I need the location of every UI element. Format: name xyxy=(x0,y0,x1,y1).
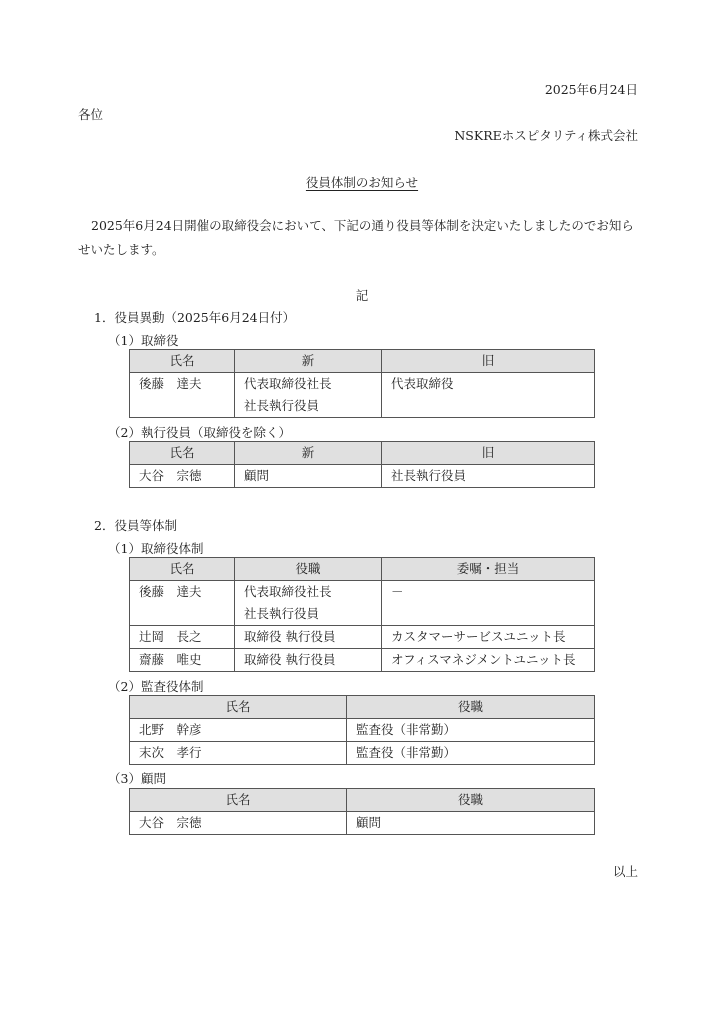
table-header-row: 氏名 役職 xyxy=(130,696,595,719)
table-row: 北野 幹彦 監査役（非常勤） xyxy=(130,719,595,742)
company-name: NSKREホスピタリティ株式会社 xyxy=(454,126,638,144)
cell-title: 監査役（非常勤） xyxy=(347,742,595,765)
cell-title-line: 社長執行役員 xyxy=(244,603,372,625)
section-2-heading: 2．役員等体制 xyxy=(94,516,177,534)
ki-marker: 記 xyxy=(0,286,724,304)
cell-title: 監査役（非常勤） xyxy=(347,719,595,742)
cell-duty: カスタマーサービスユニット長 xyxy=(382,626,595,649)
table-header-row: 氏名 役職 xyxy=(130,789,595,812)
section-1-2-heading: （2）執行役員（取締役を除く） xyxy=(108,423,291,441)
document-title: 役員体制のお知らせ xyxy=(0,173,724,191)
col-new: 新 xyxy=(235,442,382,465)
advisors-table: 氏名 役職 大谷 宗徳 顧問 xyxy=(129,788,595,835)
col-old: 旧 xyxy=(382,350,595,373)
col-name: 氏名 xyxy=(130,442,235,465)
table-row: 後藤 達夫 代表取締役社長 社長執行役員 － xyxy=(130,581,595,626)
cell-duty: オフィスマネジメントユニット長 xyxy=(382,649,595,672)
cell-title-line: 代表取締役社長 xyxy=(244,581,372,603)
col-title: 役職 xyxy=(347,696,595,719)
col-old: 旧 xyxy=(382,442,595,465)
title-text: 役員体制のお知らせ xyxy=(306,175,418,190)
cell-name: 後藤 達夫 xyxy=(130,581,235,626)
cell-new: 代表取締役社長 社長執行役員 xyxy=(235,373,382,418)
document-date: 2025年6月24日 xyxy=(545,80,638,98)
cell-title: 代表取締役社長 社長執行役員 xyxy=(235,581,382,626)
table-row: 辻岡 長之 取締役 執行役員 カスタマーサービスユニット長 xyxy=(130,626,595,649)
cell-name: 齋藤 唯史 xyxy=(130,649,235,672)
table-row: 大谷 宗徳 顧問 xyxy=(130,812,595,835)
executive-officers-change-table: 氏名 新 旧 大谷 宗徳 顧問 社長執行役員 xyxy=(129,441,595,488)
cell-name: 後藤 達夫 xyxy=(130,373,235,418)
cell-title: 取締役 執行役員 xyxy=(235,626,382,649)
cell-name: 末次 孝行 xyxy=(130,742,347,765)
body-paragraph: 2025年6月24日開催の取締役会において、下記の通り役員等体制を決定いたしまし… xyxy=(78,214,638,262)
section-2-1-heading: （1）取締役体制 xyxy=(108,539,203,557)
section-1-1-heading: （1）取締役 xyxy=(108,331,178,349)
cell-new-line: 代表取締役社長 xyxy=(244,373,372,395)
cell-duty: － xyxy=(382,581,595,626)
cell-name: 大谷 宗徳 xyxy=(130,465,235,488)
col-name: 氏名 xyxy=(130,789,347,812)
cell-title: 顧問 xyxy=(347,812,595,835)
col-new: 新 xyxy=(235,350,382,373)
cell-old: 社長執行役員 xyxy=(382,465,595,488)
addressee: 各位 xyxy=(78,105,103,123)
cell-title: 取締役 執行役員 xyxy=(235,649,382,672)
table-header-row: 氏名 新 旧 xyxy=(130,442,595,465)
col-title: 役職 xyxy=(235,558,382,581)
section-2-3-heading: （3）顧問 xyxy=(108,769,166,787)
table-row: 齋藤 唯史 取締役 執行役員 オフィスマネジメントユニット長 xyxy=(130,649,595,672)
table-header-row: 氏名 新 旧 xyxy=(130,350,595,373)
cell-name: 大谷 宗徳 xyxy=(130,812,347,835)
col-title: 役職 xyxy=(347,789,595,812)
board-structure-table: 氏名 役職 委嘱・担当 後藤 達夫 代表取締役社長 社長執行役員 － 辻岡 長之… xyxy=(129,557,595,672)
cell-new: 顧問 xyxy=(235,465,382,488)
section-1-heading: 1．役員異動（2025年6月24日付） xyxy=(94,308,295,326)
cell-name: 北野 幹彦 xyxy=(130,719,347,742)
table-row: 後藤 達夫 代表取締役社長 社長執行役員 代表取締役 xyxy=(130,373,595,418)
table-row: 大谷 宗徳 顧問 社長執行役員 xyxy=(130,465,595,488)
col-name: 氏名 xyxy=(130,696,347,719)
col-duty: 委嘱・担当 xyxy=(382,558,595,581)
cell-old: 代表取締役 xyxy=(382,373,595,418)
table-row: 末次 孝行 監査役（非常勤） xyxy=(130,742,595,765)
cell-name: 辻岡 長之 xyxy=(130,626,235,649)
section-2-2-heading: （2）監査役体制 xyxy=(108,677,203,695)
auditors-table: 氏名 役職 北野 幹彦 監査役（非常勤） 末次 孝行 監査役（非常勤） xyxy=(129,695,595,765)
col-name: 氏名 xyxy=(130,350,235,373)
directors-change-table: 氏名 新 旧 後藤 達夫 代表取締役社長 社長執行役員 代表取締役 xyxy=(129,349,595,418)
col-name: 氏名 xyxy=(130,558,235,581)
cell-new-line: 社長執行役員 xyxy=(244,395,372,417)
table-header-row: 氏名 役職 委嘱・担当 xyxy=(130,558,595,581)
closing-mark: 以上 xyxy=(613,862,638,880)
